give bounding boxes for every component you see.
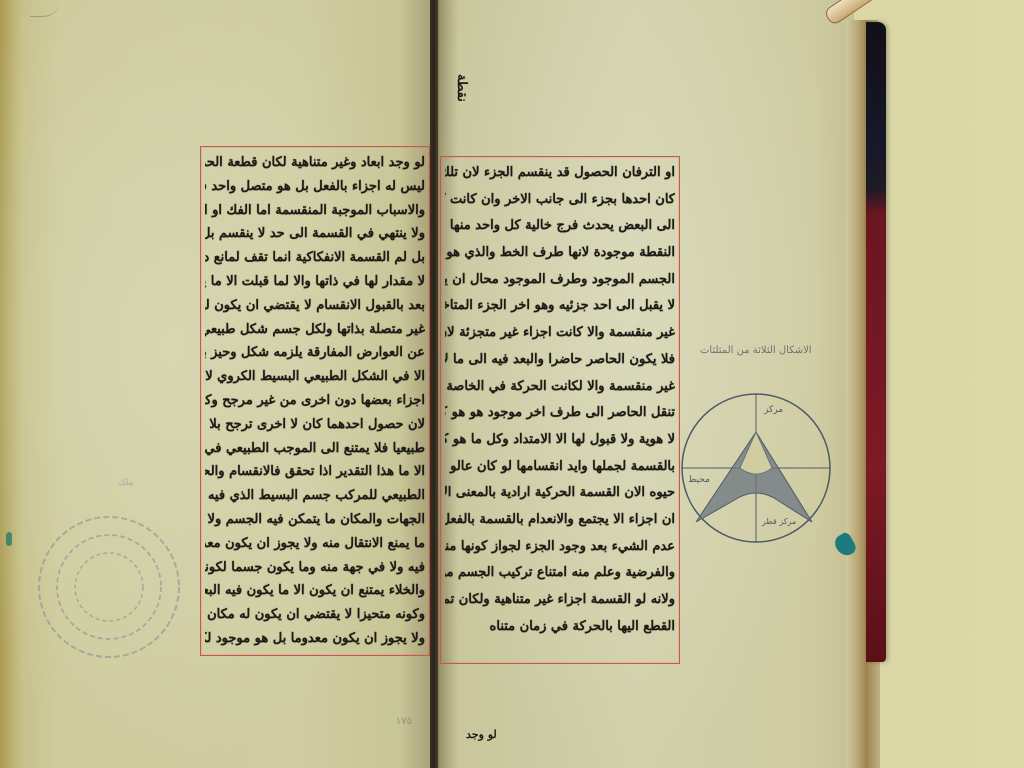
corner-scribble — [30, 0, 60, 17]
right-text-lines: او الترفان الحصول قد ينقسم الجزء لان تلك… — [445, 163, 675, 657]
text-line: بالقسمة لجملها وايد انقسامها لو كان عالو… — [445, 457, 675, 477]
text-line: عدم الشيء بعد وجود الجزء لجواز كونها منق… — [445, 537, 675, 557]
text-line: ليس له اجزاء بالفعل بل هو متصل واحد في ن… — [205, 177, 425, 197]
text-line: طبيعيا فلا يمتنع الى الموجب الطبيعي في ج… — [205, 439, 425, 459]
text-line: والفرضية وعلم منه امتناع تركيب الجسم من … — [445, 563, 675, 583]
text-line: والخلاء يمتنع ان يكون الا ما يكون فيه ال… — [205, 581, 425, 601]
diagram-label-top: مركز — [763, 405, 783, 415]
right-text-block: او الترفان الحصول قد ينقسم الجزء لان تلك… — [440, 156, 680, 664]
text-line: او الترفان الحصول قد ينقسم الجزء لان تلك… — [445, 163, 675, 183]
text-line: فيه ولا في جهة منه وما يكون جسما لكونه م… — [205, 558, 425, 578]
text-line: القطع اليها بالحركة في زمان متناه — [445, 617, 675, 637]
text-line: وكونه متحيزا لا يقتضي ان يكون له مكان ال… — [205, 605, 425, 625]
diagram-label-left: محيط — [688, 475, 710, 485]
text-line: بل لم القسمة الانفكاكية انما تقف لمانع د… — [205, 248, 425, 268]
text-line: الى البعض يحدث فرج خالية كل واحد منها اق… — [445, 216, 675, 236]
folio-number: ١٧٥ — [396, 716, 412, 727]
text-line: ان اجزاء الا يجتمع والانعدام بالقسمة بال… — [445, 510, 675, 530]
library-stamp-icon — [34, 512, 184, 662]
text-line: لان حصول احدهما كان لا اخرى ترجح بلا مرج… — [205, 415, 425, 435]
text-line: بعد بالقبول الانقسام لا يقتضي ان يكون له… — [205, 296, 425, 316]
text-line: اجزاء بعضها دون اخرى من غير مرجح وكل جسم… — [205, 391, 425, 411]
text-line: ولا يجوز ان يكون معدوما بل هو موجود لكون… — [205, 629, 425, 649]
text-line: الطبيعي للمركب جسم البسيط الذي فيه او ما… — [205, 486, 425, 506]
text-line: ولانه لو القسمة اجزاء غير متناهية ولكان … — [445, 590, 675, 610]
geometric-diagram-icon: مركز محيط مركز قطر — [678, 388, 834, 552]
left-text-lines: لو وجد ابعاد وغير متناهية لكان قطعة الحر… — [205, 153, 425, 649]
text-line: ولا ينتهي في القسمة الى حد لا ينقسم بل ه… — [205, 224, 425, 244]
text-line: الجهات والمكان ما يتمكن فيه الجسم ولا يك… — [205, 510, 425, 530]
text-line: ما يمنع الانتقال منه ولا يجوز ان يكون مع… — [205, 534, 425, 554]
catchword: لو وجد — [466, 728, 497, 741]
diagram-caption: الاشكال الثلاثة من المثلثات — [700, 345, 812, 356]
text-line: لا هوية ولا قبول لها الا الامتداد وكل ما… — [445, 430, 675, 450]
text-line: غير متصلة بذاتها ولكل جسم شكل طبيعي وحيز… — [205, 320, 425, 340]
text-line: الا في الشكل الطبيعي البسيط الكروي لان ع… — [205, 367, 425, 387]
text-line: غير منقسمة والا كانت اجزاء غير متجزئة لا… — [445, 323, 675, 343]
stamp-note: ملك — [118, 478, 133, 488]
text-line: فلا يكون الحاصر حاضرا والبعد فيه الى ما … — [445, 350, 675, 370]
text-line: الا ما هذا التقدير اذا تحقق فالانقسام وا… — [205, 462, 425, 482]
text-line: لا يقبل الى احد جزئيه وهو اخر الجزء المت… — [445, 296, 675, 316]
left-text-block: لو وجد ابعاد وغير متناهية لكان قطعة الحر… — [200, 146, 430, 656]
open-manuscript: ملك ١٧٥ لو وجد ابعاد وغير متناهية لكان ق… — [0, 0, 890, 768]
text-line: لا مقدار لها في ذاتها والا لما قبلت الا … — [205, 272, 425, 292]
text-line: غير منقسمة والا لكانت الحركة في الخاصة و… — [445, 377, 675, 397]
text-line: كان احدها بجزء الى جانب الاخر وان كانت ك… — [445, 190, 675, 210]
text-line: تنقل الحاصر الى طرف اخر موجود هو هو كان … — [445, 403, 675, 423]
book-cover-edge — [866, 22, 886, 662]
text-line: عن العوارض المفارقة يلزمه شكل وحيز بالضر… — [205, 343, 425, 363]
text-line: والاسباب الموجبة المنقسمة اما الفك او ال… — [205, 201, 425, 221]
text-line: النقطة موجودة لانها طرف الخط والذي هو طر… — [445, 243, 675, 263]
text-line: حيوه الان القسمة الحركية ارادية بالمعنى … — [445, 483, 675, 503]
diagram-label-bottom: مركز قطر — [761, 517, 796, 526]
text-line: الجسم الموجود وطرف الموجود محال ان يكون … — [445, 270, 675, 290]
marginal-heading: نقطة — [454, 74, 469, 102]
text-line: لو وجد ابعاد وغير متناهية لكان قطعة الحر… — [205, 153, 425, 173]
teal-mark-left — [6, 532, 12, 546]
book-gutter — [430, 0, 438, 768]
